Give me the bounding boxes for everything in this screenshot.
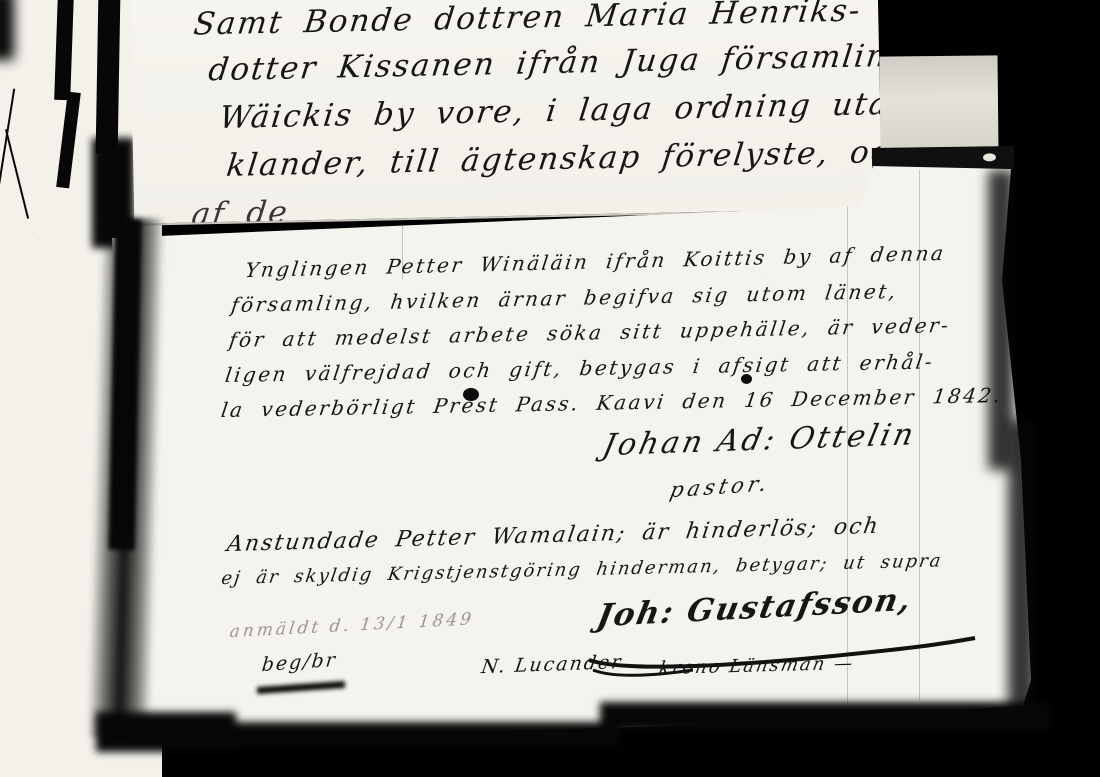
handwritten-line: ligen välfrejdad och gift, betygas i afs… (224, 349, 936, 387)
handwritten-line: Samt Bonde dottren Maria Henriks- (192, 0, 864, 43)
handwritten-line: dotter Kissanen ifrån Juga församling (207, 37, 883, 88)
edge-shadow (600, 702, 1050, 732)
handwritten-line: Wäickis by vore, i laga ordning utan (218, 85, 883, 136)
scanned-document-page: Samt Bonde dottren Maria Henriks- dotter… (0, 0, 1100, 777)
paper-notch (983, 153, 996, 161)
pencil-note: anmäldt d. 13/1 1849 (229, 609, 476, 642)
upper-document-fragment: Samt Bonde dottren Maria Henriks- dotter… (130, 0, 883, 226)
edge-shadow (200, 722, 620, 748)
ink-blot (741, 374, 752, 384)
signature-title-pastor: pastor. (668, 471, 773, 502)
ink-streak (96, 0, 121, 154)
handwritten-line: Anstundade Petter Wamalain; är hinderlös… (225, 514, 881, 557)
certificate-page: Ynglingen Petter Winäläin ifrån Koittis … (105, 160, 1045, 750)
ink-smudge (0, 0, 14, 60)
handwritten-line: Ynglingen Petter Winäläin ifrån Koittis … (244, 241, 947, 282)
handwritten-line: klander, till ägtenskap förelyste, och (225, 133, 883, 183)
ink-blot (463, 388, 479, 401)
edge-shadow (1008, 420, 1036, 720)
signature-ottelin: Johan Ad: Ottelin (600, 417, 920, 463)
handwritten-line: församling, hvilken ärnar begifva sig ut… (230, 279, 900, 317)
dark-edge-bar (872, 146, 1014, 170)
handwritten-line-clipped: af de (190, 195, 291, 226)
handwritten-line: la vederbörligt Prest Pass. Kaavi den 16… (220, 383, 1005, 422)
folded-paper-tab (880, 55, 999, 152)
handwritten-line: ej är skyldig Krigstjenstgöring hinderma… (220, 550, 944, 589)
handwritten-line: för att medelst arbete söka sitt uppehäl… (228, 313, 952, 352)
smudge-underline (257, 681, 345, 694)
pencil-initials: beg/br (261, 649, 338, 676)
